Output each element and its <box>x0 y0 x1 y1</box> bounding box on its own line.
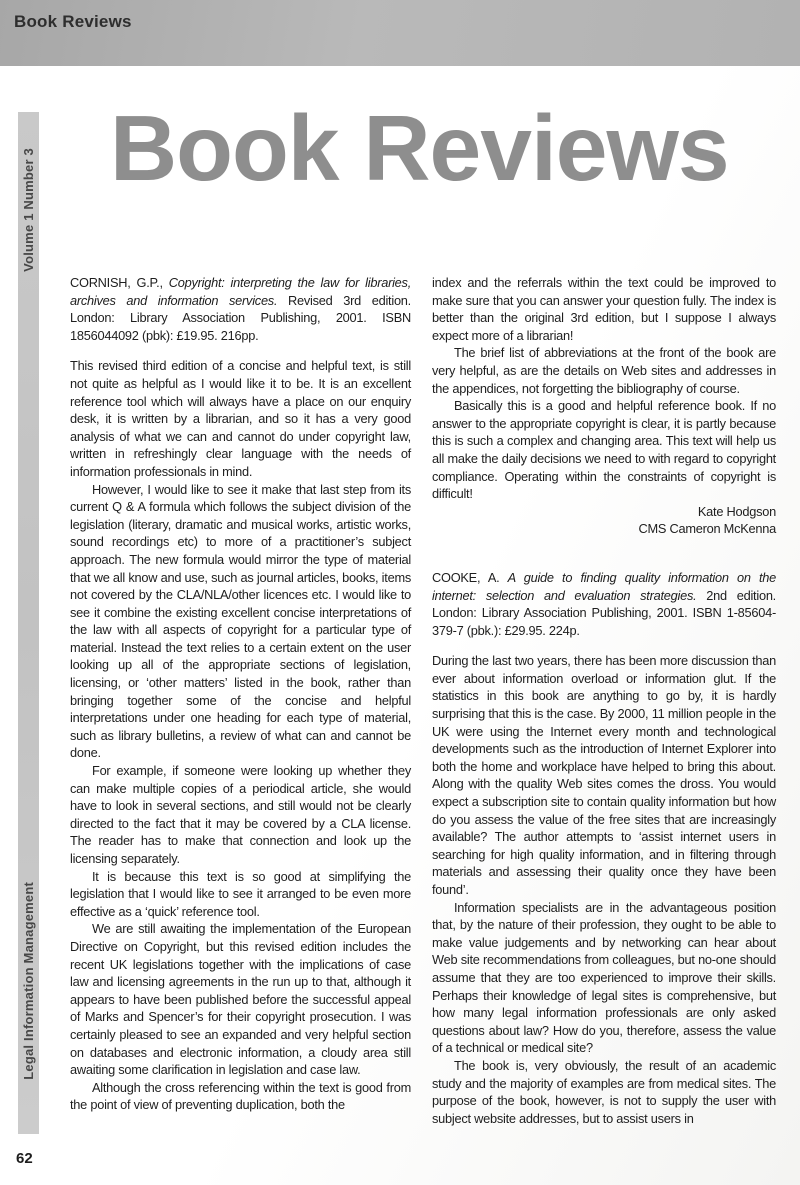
review-paragraph: index and the referrals within the text … <box>432 274 776 344</box>
left-column: CORNISH, G.P., Copyright: interpreting t… <box>70 274 411 1114</box>
page-title: Book Reviews <box>110 102 729 195</box>
review-paragraph: It is because this text is so good at si… <box>70 868 411 921</box>
review-paragraph: Information specialists are in the advan… <box>432 899 776 1057</box>
review-paragraph: For example, if someone were looking up … <box>70 762 411 868</box>
running-header-label: Book Reviews <box>14 12 132 32</box>
journal-page: Book Reviews Volume 1 Number 3 Legal Inf… <box>0 0 800 1185</box>
running-header: Book Reviews <box>0 0 800 66</box>
reviewer-organisation: CMS Cameron McKenna <box>432 520 776 538</box>
citation-author: CORNISH, G.P., <box>70 275 169 290</box>
volume-label-zone: Volume 1 Number 3 <box>18 112 39 307</box>
review-paragraph: We are still awaiting the implementation… <box>70 920 411 1078</box>
review-paragraph: The brief list of abbreviations at the f… <box>432 344 776 397</box>
page-number: 62 <box>16 1150 33 1167</box>
journal-title-label: Legal Information Management <box>21 882 36 1080</box>
citation-cornish: CORNISH, G.P., Copyright: interpreting t… <box>70 274 411 344</box>
review-paragraph: The book is, very obviously, the result … <box>432 1057 776 1127</box>
review-paragraph: Basically this is a good and helpful ref… <box>432 397 776 503</box>
review-paragraph: This revised third edition of a concise … <box>70 357 411 480</box>
reviewer-name: Kate Hodgson <box>432 503 776 521</box>
right-column: index and the referrals within the text … <box>432 274 776 1127</box>
review-paragraph: However, I would like to see it make tha… <box>70 481 411 763</box>
review-paragraph: During the last two years, there has bee… <box>432 652 776 898</box>
citation-cooke: COOKE, A. A guide to finding quality inf… <box>432 569 776 639</box>
volume-number-label: Volume 1 Number 3 <box>21 148 36 272</box>
journal-label-zone: Legal Information Management <box>18 828 39 1134</box>
citation-author: COOKE, A. <box>432 570 508 585</box>
review-paragraph: Although the cross referencing within th… <box>70 1079 411 1114</box>
